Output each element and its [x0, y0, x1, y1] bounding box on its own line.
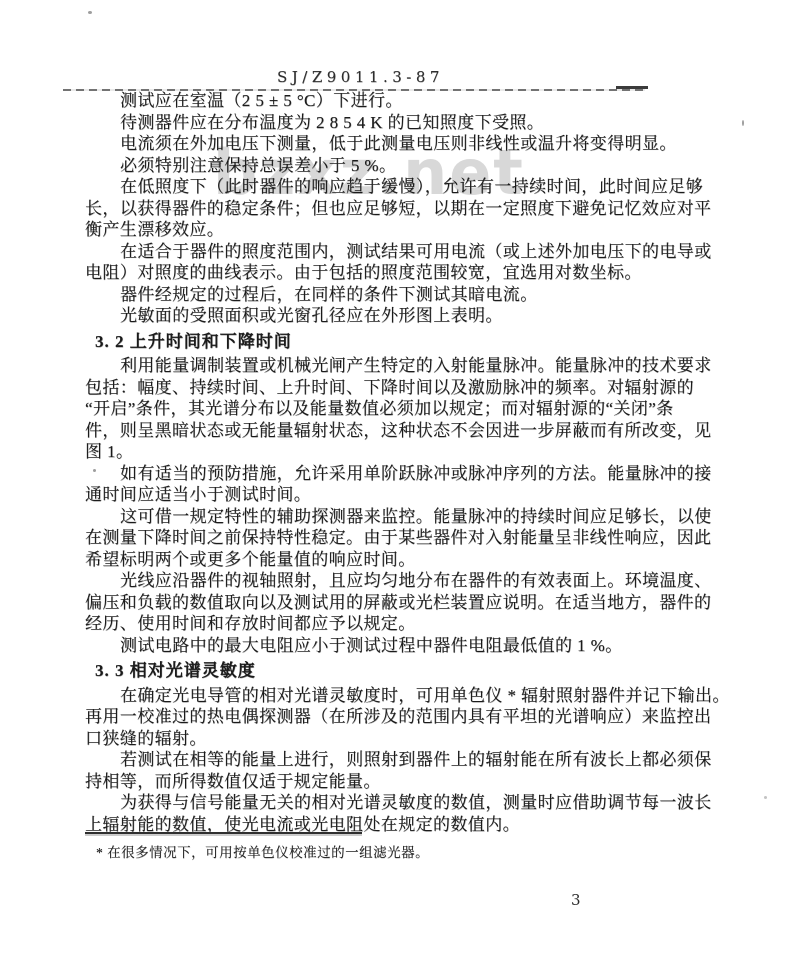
- scan-speck: [88, 11, 92, 14]
- text-line: 光线应沿器件的视轴照射，且应均匀地分布在器件的有效表面上。环境温度、: [85, 570, 717, 592]
- text-line: 持相等，而所得数值仅适于规定能量。: [85, 771, 717, 793]
- text-line: 再用一校准过的热电偶探测器（在所涉及的范围内具有平坦的光谱响应）来监控出: [85, 706, 717, 728]
- text-line: 经历、使用时间和存放时间都应予以规定。: [85, 613, 717, 635]
- footnote-rule: [85, 832, 362, 834]
- text-line: 电阻）对照度的曲线表示。由于包括的照度范围较宽，宜选用对数坐标。: [85, 262, 717, 284]
- text-line: 器件经规定的过程后，在同样的条件下测试其暗电流。: [85, 284, 717, 306]
- text-line: 在测量下降时间之前保持特性稳定。由于某些器件对入射能量呈非线性响应，因此: [85, 527, 717, 549]
- scan-speck: [93, 469, 96, 472]
- page-number: 3: [571, 891, 581, 909]
- scan-speck: [742, 120, 744, 126]
- text-line: 长，以获得器件的稳定条件；但也应足够短，以期在一定照度下避免记忆效应对平: [85, 198, 717, 220]
- text-line: 包括：幅度、持续时间、上升时间、下降时间以及激励脉冲的频率。对辐射源的: [85, 377, 717, 399]
- text-line: 为获得与信号能量无关的相对光谱灵敏度的数值，测量时应借助调节每一波长: [85, 792, 717, 814]
- footnote-text: * 在很多情况下，可用按单色仪校准过的一组滤光器。: [96, 841, 429, 861]
- text-line: 在适合于器件的照度范围内，测试结果可用电流（或上述外加电压下的电导或: [85, 241, 717, 263]
- header-rule-end-dash: [616, 86, 648, 89]
- text-line: 测试电路中的最大电阻应小于测试过程中器件电阻最低值的 1 %。: [85, 635, 717, 657]
- text-line: “开启”条件，其光谱分布以及能量数值必须加以规定；而对辐射源的“关闭”条: [85, 398, 717, 420]
- text-line: 口狭缝的辐射。: [85, 728, 717, 750]
- text-line: 偏压和负载的数值取向以及测试用的屏蔽或光栏装置应说明。在适当地方，器件的: [85, 592, 717, 614]
- scanned-document-page: bzxz.net SJ/Z9011.3-87 测试应在室温（2 5 ± 5 °C…: [0, 0, 800, 971]
- section-heading: 3. 3 相对光谱灵敏度: [95, 660, 717, 682]
- standard-number: SJ/Z9011.3-87: [277, 68, 444, 86]
- text-line: 电流须在外加电压下测量，低于此测量电压则非线性或温升将变得明显。: [85, 133, 717, 155]
- text-line: 衡产生漂移效应。: [85, 219, 717, 241]
- text-line: 通时间应适当小于测试时间。: [85, 484, 717, 506]
- text-line: 利用能量调制装置或机械光闸产生特定的入射能量脉冲。能量脉冲的技术要求: [85, 355, 717, 377]
- document-body: 测试应在室温（2 5 ± 5 °C）下进行。待测器件应在分布温度为 2 8 5 …: [85, 90, 717, 835]
- text-line: 件，则呈黑暗状态或无能量辐射状态，这种状态不会因进一步屏蔽而有所改变，见: [85, 420, 717, 442]
- section-heading: 3. 2 上升时间和下降时间: [95, 331, 717, 353]
- scan-speck: [764, 796, 767, 799]
- text-line: 在低照度下（此时器件的响应趋于缓慢），允许有一持续时间，此时间应足够: [85, 176, 717, 198]
- text-line: 待测器件应在分布温度为 2 8 5 4 K 的已知照度下受照。: [85, 112, 717, 134]
- text-line: 测试应在室温（2 5 ± 5 °C）下进行。: [85, 90, 717, 112]
- text-line: 图 1。: [85, 441, 717, 463]
- text-line: 若测试在相等的能量上进行，则照射到器件上的辐射能在所有波长上都必须保: [85, 749, 717, 771]
- text-line: 必须特别注意保持总误差小于 5 %。: [85, 155, 717, 177]
- text-line: 希望标明两个或更多个能量值的响应时间。: [85, 549, 717, 571]
- text-line: 在确定光电导管的相对光谱灵敏度时，可用单色仪 * 辐射照射器件并记下输出。: [85, 685, 717, 707]
- text-line: 如有适当的预防措施，允许采用单阶跃脉冲或脉冲序列的方法。能量脉冲的接: [85, 463, 717, 485]
- text-line: 这可借一规定特性的辅助探测器来监控。能量脉冲的持续时间应足够长，以使: [85, 506, 717, 528]
- text-line: 光敏面的受照面积或光窗孔径应在外形图上表明。: [85, 305, 717, 327]
